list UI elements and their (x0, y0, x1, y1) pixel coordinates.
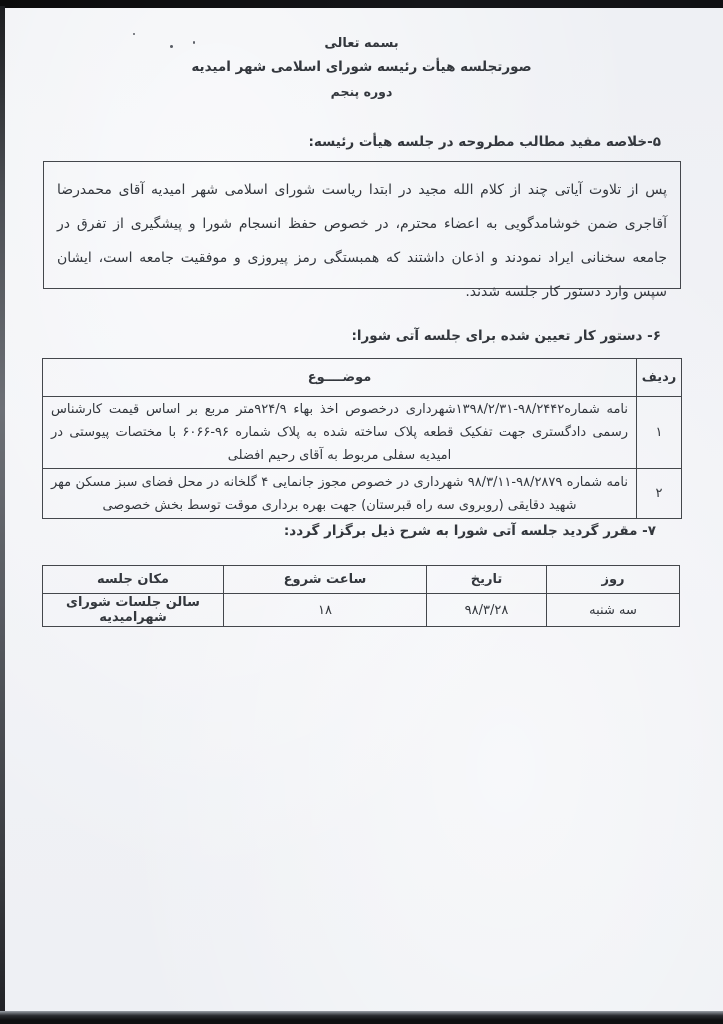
schedule-table: روز تاریخ ساعت شروع مکان جلسه سه شنبه ۹۸… (42, 565, 680, 627)
schedule-value-day: سه شنبه (547, 594, 680, 627)
schedule-header-start-time: ساعت شروع (224, 566, 427, 594)
agenda-row-number: ۱ (637, 397, 682, 469)
bismillah-line: بسمه تعالی (0, 36, 723, 51)
agenda-row: ۱ نامه شماره۹۸/۲۴۴۲-۱۳۹۸/۲/۳۱شهرداری درخ… (43, 397, 682, 469)
agenda-table: ردیف موضــــوع ۱ نامه شماره۹۸/۲۴۴۲-۱۳۹۸/… (42, 358, 682, 519)
agenda-row: ۲ نامه شماره ۹۸/۲۸۷۹-۹۸/۳/۱۱ شهرداری در … (43, 469, 682, 519)
summary-paragraph: پس از تلاوت آیاتی چند از کلام الله مجید … (57, 173, 667, 309)
section-6-heading: ۶- دستور کار تعیین شده برای جلسه آتی شور… (351, 328, 661, 344)
agenda-header-row-no: ردیف (637, 359, 682, 397)
section-7-heading: ۷- مقرر گردید جلسه آتی شورا به شرح ذیل ب… (284, 523, 656, 539)
schedule-header-row: روز تاریخ ساعت شروع مکان جلسه (43, 566, 680, 594)
agenda-row-subject: نامه شماره ۹۸/۲۸۷۹-۹۸/۳/۱۱ شهرداری در خص… (43, 469, 637, 519)
document-title: صورتجلسه هیأت رئیسه شورای اسلامی شهر امی… (0, 59, 723, 75)
council-term-line: دوره پنجم (0, 84, 723, 99)
page-content: بسمه تعالی صورتجلسه هیأت رئیسه شورای اسل… (0, 0, 723, 1024)
section-5-heading: ۵-خلاصه مفید مطالب مطروحه در جلسه هیأت ر… (308, 134, 661, 150)
agenda-header-subject: موضــــوع (43, 359, 637, 397)
schedule-value-location: سالن جلسات شورای شهرامیدیه (43, 594, 224, 627)
schedule-header-day: روز (547, 566, 680, 594)
agenda-row-number: ۲ (637, 469, 682, 519)
agenda-header-row: ردیف موضــــوع (43, 359, 682, 397)
schedule-value-row: سه شنبه ۹۸/۳/۲۸ ۱۸ سالن جلسات شورای شهرا… (43, 594, 680, 627)
schedule-header-location: مکان جلسه (43, 566, 224, 594)
schedule-value-date: ۹۸/۳/۲۸ (427, 594, 547, 627)
schedule-header-date: تاریخ (427, 566, 547, 594)
summary-text-box: پس از تلاوت آیاتی چند از کلام الله مجید … (43, 161, 681, 289)
agenda-row-subject: نامه شماره۹۸/۲۴۴۲-۱۳۹۸/۲/۳۱شهرداری درخصو… (43, 397, 637, 469)
schedule-value-start-time: ۱۸ (224, 594, 427, 627)
scanned-document-page: بسمه تعالی صورتجلسه هیأت رئیسه شورای اسل… (0, 0, 723, 1024)
